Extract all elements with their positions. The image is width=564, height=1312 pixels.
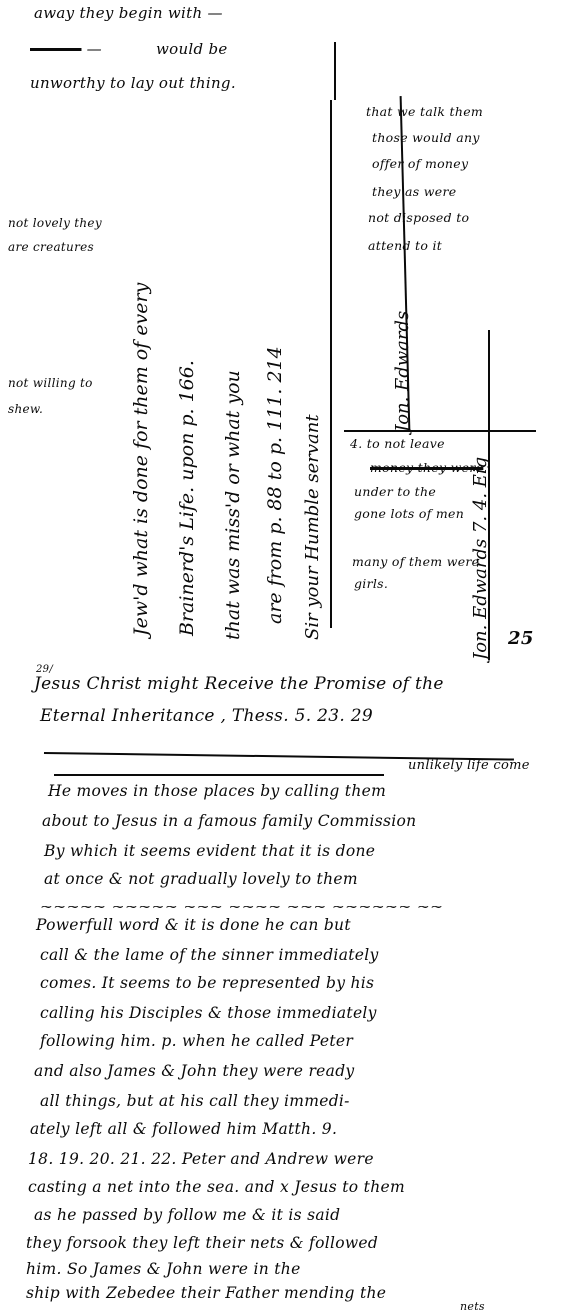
heading-line-1: Jesus Christ might Receive the Promise o… [34,674,444,694]
signature-rule-2 [488,330,490,660]
vertical-signature-1: Sir your Humble servant [302,414,323,640]
lower-right-note-1: 4. to not leave [350,436,445,451]
left-note-1b: are creatures [8,240,94,254]
body-line-18: him. So James & John were in the [26,1260,301,1278]
right-note-2: those would any [372,130,480,145]
body-line-16: as he passed by follow me & it is said [34,1206,340,1224]
top-line-2-tail: would be [156,40,228,58]
vertical-line-2: Brainerd's Life. upon p. 166. [176,360,198,636]
long-vertical-rule [330,100,332,628]
body-line-8: comes. It seems to be represented by his [40,974,374,992]
body-line-12: all things, but at his call they immedi- [40,1092,350,1110]
body-line-6: Powerfull word & it is done he can but [36,916,351,934]
body-line-9: calling his Disciples & those immediatel… [40,1004,377,1022]
right-note-5: not disposed to [368,210,469,225]
lower-right-note-4: gone lots of men [354,506,464,521]
body-line-2: about to Jesus in a famous family Commis… [42,812,416,830]
body-line-17: they forsook they left their nets & foll… [26,1234,378,1252]
body-line-11: and also James & John they were ready [34,1062,354,1080]
body-line-13: ately left all & followed him Matth. 9. [30,1120,337,1138]
page-number: 25 [508,628,534,649]
left-note-2a: not willing to [8,376,93,390]
vertical-line-4: are from p. 88 to p. 111. 214 [264,346,286,624]
left-note-2b: shew. [8,402,43,416]
lower-right-note-2: money they were [370,460,483,475]
body-line-15: casting a net into the sea. and x Jesus … [28,1178,405,1196]
body-line-7: call & the lame of the sinner immediatel… [40,946,379,964]
body-line-3: By which it seems evident that it is don… [44,842,375,860]
left-note-1a: not lovely they [8,216,102,230]
body-line-10: following him. p. when he called Peter [40,1032,353,1050]
vertical-line-3: that was miss'd or what you [222,370,244,640]
separator-rule-2 [54,774,384,776]
body-line-1: He moves in those places by calling them [48,782,386,800]
top-right-rule [334,42,336,100]
top-line-3: unworthy to lay out thing. [30,74,236,92]
margin-insertion: unlikely life come [408,758,530,773]
trailing-word: nets [460,1300,485,1312]
lower-right-note-7: girls. [354,576,388,591]
manuscript-page: away they begin with — ~~~~ — would be u… [0,0,564,1312]
right-note-1: that we talk them [366,104,483,119]
top-line-1: away they begin with — [34,4,223,22]
body-line-4: at once & not gradually lovely to them [44,870,358,888]
struck-word: ~~~~ [30,40,81,58]
top-line-2: ~~~~ — [30,40,102,58]
vertical-line-1: Jew'd what is done for them of every [130,283,152,636]
heading-line-2: Eternal Inheritance , Thess. 5. 23. 29 [40,706,373,726]
right-horizontal-rule [344,430,536,432]
body-line-5-cropped: ~~~~~ ~~~~~ ~~~ ~~~~ ~~~ ~~~~~~ ~~ [40,898,443,916]
right-note-4: they as were [372,184,456,199]
body-line-19: ship with Zebedee their Father mending t… [26,1284,386,1302]
body-line-14: 18. 19. 20. 21. 22. Peter and Andrew wer… [28,1150,374,1168]
right-note-3: offer of money [372,156,468,171]
lower-right-note-3: under to the [354,484,436,499]
lower-right-note-6: many of them were [352,554,479,569]
